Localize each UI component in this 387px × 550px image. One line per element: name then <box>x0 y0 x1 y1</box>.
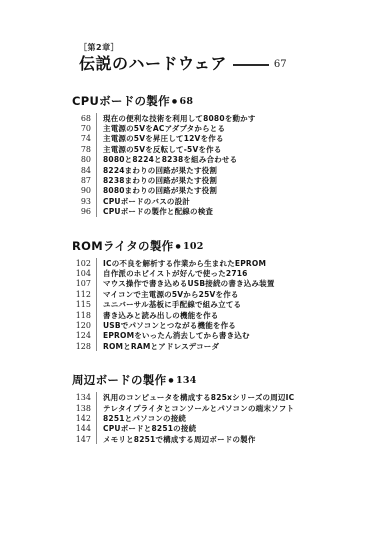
entry-page-number: 112 <box>72 289 91 299</box>
entry-page-number: 128 <box>72 341 91 351</box>
chapter-title: 伝説のハードウェア <box>79 55 227 73</box>
toc-entry: 102 ICの不良を解析する作業から生まれたEPROM <box>72 258 340 268</box>
entry-title: 現在の便利な技術を利用して8080を動かす <box>96 113 256 123</box>
entry-page-number: 74 <box>72 134 91 144</box>
toc-entry: 128 ROMとRAMとアドレスデコーダ <box>72 341 340 351</box>
entry-title: 書き込みと読み出しの機能を作る <box>96 310 219 320</box>
entry-title: 8251とパソコンの接続 <box>96 413 186 423</box>
toc-entry: 142 8251とパソコンの接続 <box>72 413 340 423</box>
entry-title: 主電源の5VをACアダプタからとる <box>96 123 225 133</box>
section-title: CPUボードの製作 <box>72 93 170 109</box>
entry-page-number: 120 <box>72 320 91 330</box>
toc-entry: 118 書き込みと読み出しの機能を作る <box>72 310 340 320</box>
toc-entry: 104 自作派のホビイストが好んで使った2716 <box>72 268 340 278</box>
chapter-label: ［第2章］ <box>79 42 287 53</box>
entry-page-number: 80 <box>72 155 91 165</box>
section-title: ROMライタの製作 <box>72 238 173 254</box>
entry-page-number: 70 <box>72 123 91 133</box>
entry-title: 8080と8224と8238を組み合わせる <box>96 155 237 165</box>
toc-section: CPUボードの製作 ● 68 68 現在の便利な技術を利用して8080を動かす … <box>72 93 340 217</box>
toc-entry: 70 主電源の5VをACアダプタからとる <box>72 123 340 133</box>
toc-page: ［第2章］ 伝説のハードウェア 67 CPUボードの製作 ● 68 68 現在の… <box>0 0 387 550</box>
toc-entry: 107 マウス操作で書き込めるUSB接続の書き込み装置 <box>72 279 340 289</box>
section-page-number: 102 <box>183 241 204 252</box>
chapter-title-row: 伝説のハードウェア 67 <box>79 55 287 73</box>
entry-page-number: 87 <box>72 175 91 185</box>
toc-entry: 96 CPUボードの製作と配線の検査 <box>72 207 340 217</box>
toc-sections: CPUボードの製作 ● 68 68 現在の便利な技術を利用して8080を動かす … <box>72 93 340 465</box>
toc-entry: 115 ユニバーサル基板に手配線で組み立てる <box>72 299 340 309</box>
toc-entry: 90 8080まわりの回路が果たす役割 <box>72 186 340 196</box>
chapter-page-number: 67 <box>274 59 287 70</box>
entry-page-number: 84 <box>72 165 91 175</box>
toc-entry: 147 メモリと8251で構成する周辺ボードの製作 <box>72 434 340 444</box>
entry-title: ICの不良を解析する作業から生まれたEPROM <box>96 258 266 268</box>
entry-title: ROMとRAMとアドレスデコーダ <box>96 341 219 351</box>
toc-section: ROMライタの製作 ● 102 102 ICの不良を解析する作業から生まれたEP… <box>72 238 340 352</box>
entry-title: 汎用のコンピュータを構成する825xシリーズの周辺IC <box>96 392 294 402</box>
entry-page-number: 134 <box>72 392 91 402</box>
entry-title: 主電源の5Vを昇圧して12Vを作る <box>96 134 224 144</box>
section-separator-icon: ● <box>175 243 181 250</box>
entry-title: メモリと8251で構成する周辺ボードの製作 <box>96 434 256 444</box>
entry-title: USBでパソコンとつながる機能を作る <box>96 320 236 330</box>
entry-page-number: 93 <box>72 196 91 206</box>
entry-page-number: 115 <box>72 299 91 309</box>
entry-page-number: 107 <box>72 279 91 289</box>
toc-entry: 134 汎用のコンピュータを構成する825xシリーズの周辺IC <box>72 392 340 402</box>
toc-entry: 78 主電源の5Vを反転して-5Vを作る <box>72 144 340 154</box>
entry-page-number: 78 <box>72 144 91 154</box>
entry-page-number: 124 <box>72 331 91 341</box>
entry-title: CPUボードと8251の接続 <box>96 424 196 434</box>
entry-title: マウス操作で書き込めるUSB接続の書き込み装置 <box>96 279 275 289</box>
section-entries: 102 ICの不良を解析する作業から生まれたEPROM 104 自作派のホビイス… <box>72 258 340 352</box>
toc-section: 周辺ボードの製作 ● 134 134 汎用のコンピュータを構成する825xシリー… <box>72 372 340 444</box>
entry-title: ユニバーサル基板に手配線で組み立てる <box>96 299 241 309</box>
section-page-number: 68 <box>179 96 193 107</box>
toc-entry: 87 8238まわりの回路が果たす役割 <box>72 175 340 185</box>
entry-title: マイコンで主電源の5Vから25Vを作る <box>96 289 239 299</box>
toc-entry: 80 8080と8224と8238を組み合わせる <box>72 155 340 165</box>
entry-page-number: 68 <box>72 113 91 123</box>
chapter-title-rule <box>233 64 269 66</box>
entry-page-number: 102 <box>72 258 91 268</box>
toc-entry: 68 現在の便利な技術を利用して8080を動かす <box>72 113 340 123</box>
entry-page-number: 138 <box>72 403 91 413</box>
entry-title: 自作派のホビイストが好んで使った2716 <box>96 268 248 278</box>
toc-entry: 112 マイコンで主電源の5Vから25Vを作る <box>72 289 340 299</box>
entry-title: CPUボードの製作と配線の検査 <box>96 207 213 217</box>
section-entries: 68 現在の便利な技術を利用して8080を動かす 70 主電源の5VをACアダプ… <box>72 113 340 217</box>
entry-title: 8224まわりの回路が果たす役割 <box>96 165 217 175</box>
section-entries: 134 汎用のコンピュータを構成する825xシリーズの周辺IC 138 テレタイ… <box>72 392 340 444</box>
entry-page-number: 104 <box>72 268 91 278</box>
toc-entry: 138 テレタイプライタとコンソールとパソコンの端末ソフト <box>72 403 340 413</box>
entry-page-number: 142 <box>72 413 91 423</box>
entry-title: CPUボードのバスの設計 <box>96 196 190 206</box>
section-title: 周辺ボードの製作 <box>72 372 166 388</box>
toc-entry: 93 CPUボードのバスの設計 <box>72 196 340 206</box>
section-heading: ROMライタの製作 ● 102 <box>72 238 340 254</box>
entry-title: 8080まわりの回路が果たす役割 <box>96 186 217 196</box>
chapter-header: ［第2章］ 伝説のハードウェア 67 <box>79 42 287 73</box>
entry-page-number: 118 <box>72 310 91 320</box>
toc-entry: 124 EPROMをいったん消去してから書き込む <box>72 331 340 341</box>
entry-title: 主電源の5Vを反転して-5Vを作る <box>96 144 222 154</box>
toc-entry: 120 USBでパソコンとつながる機能を作る <box>72 320 340 330</box>
section-page-number: 134 <box>176 375 197 386</box>
section-separator-icon: ● <box>172 98 178 105</box>
section-separator-icon: ● <box>168 377 174 384</box>
entry-title: EPROMをいったん消去してから書き込む <box>96 331 250 341</box>
toc-entry: 144 CPUボードと8251の接続 <box>72 424 340 434</box>
entry-page-number: 147 <box>72 434 91 444</box>
entry-page-number: 90 <box>72 186 91 196</box>
entry-page-number: 96 <box>72 207 91 217</box>
toc-entry: 84 8224まわりの回路が果たす役割 <box>72 165 340 175</box>
entry-title: テレタイプライタとコンソールとパソコンの端末ソフト <box>96 403 294 413</box>
entry-page-number: 144 <box>72 424 91 434</box>
toc-entry: 74 主電源の5Vを昇圧して12Vを作る <box>72 134 340 144</box>
section-heading: 周辺ボードの製作 ● 134 <box>72 372 340 388</box>
section-heading: CPUボードの製作 ● 68 <box>72 93 340 109</box>
entry-title: 8238まわりの回路が果たす役割 <box>96 175 217 185</box>
